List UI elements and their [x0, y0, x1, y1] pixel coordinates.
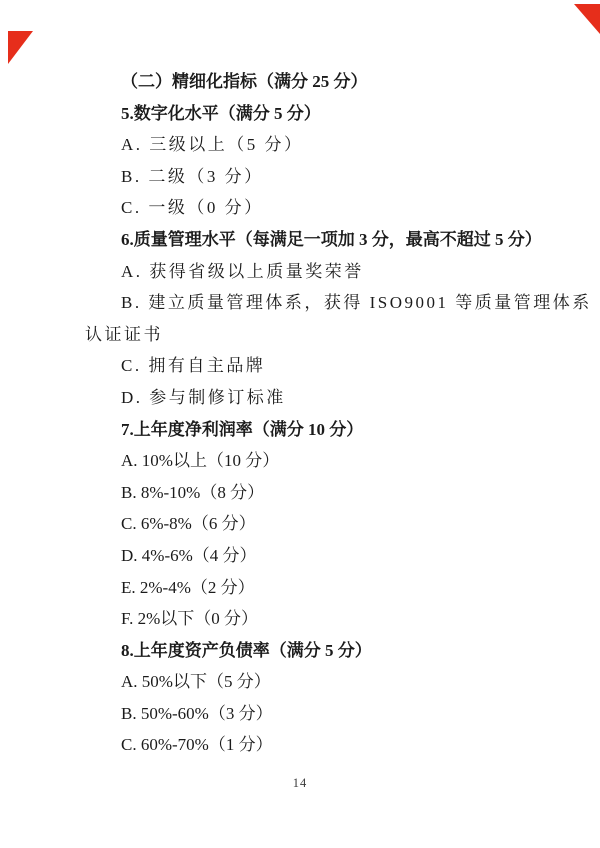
section-heading: 8.上年度资产负债率（满分 5 分）	[85, 635, 545, 667]
option-line: C. 6%-8%（6 分）	[85, 508, 545, 540]
corner-mark-left-icon	[8, 31, 33, 64]
page-number: 14	[0, 776, 600, 791]
option-line: A. 50%以下（5 分）	[85, 666, 545, 698]
section-heading: 7.上年度净利润率（满分 10 分）	[85, 414, 545, 446]
option-line: E. 2%-4%（2 分）	[85, 572, 545, 604]
subsection-title: （二）精细化指标（满分 25 分）	[85, 66, 545, 98]
option-line: F. 2%以下（0 分）	[85, 603, 545, 635]
section-heading: 6.质量管理水平（每满足一项加 3 分，最高不超过 5 分）	[85, 224, 545, 256]
option-line: B. 建立质量管理体系，获得 ISO9001 等质量管理体系	[85, 287, 545, 319]
document-body: （二）精细化指标（满分 25 分）5.数字化水平（满分 5 分）A. 三级以上（…	[85, 66, 545, 761]
option-line: C. 拥有自主品牌	[85, 350, 545, 382]
option-line: A. 10%以上（10 分）	[85, 445, 545, 477]
corner-mark-right-icon	[574, 4, 600, 34]
option-line: B. 8%-10%（8 分）	[85, 477, 545, 509]
option-line: B. 50%-60%（3 分）	[85, 698, 545, 730]
option-line: D. 4%-6%（4 分）	[85, 540, 545, 572]
option-line: A. 获得省级以上质量奖荣誉	[85, 256, 545, 288]
option-line: A. 三级以上（5 分）	[85, 129, 545, 161]
document-page: （二）精细化指标（满分 25 分）5.数字化水平（满分 5 分）A. 三级以上（…	[0, 0, 600, 848]
option-line: 认证证书	[85, 319, 545, 351]
option-line: C. 60%-70%（1 分）	[85, 729, 545, 761]
section-heading: 5.数字化水平（满分 5 分）	[85, 98, 545, 130]
option-line: B. 二级（3 分）	[85, 161, 545, 193]
option-line: C. 一级（0 分）	[85, 192, 545, 224]
option-line: D. 参与制修订标准	[85, 382, 545, 414]
